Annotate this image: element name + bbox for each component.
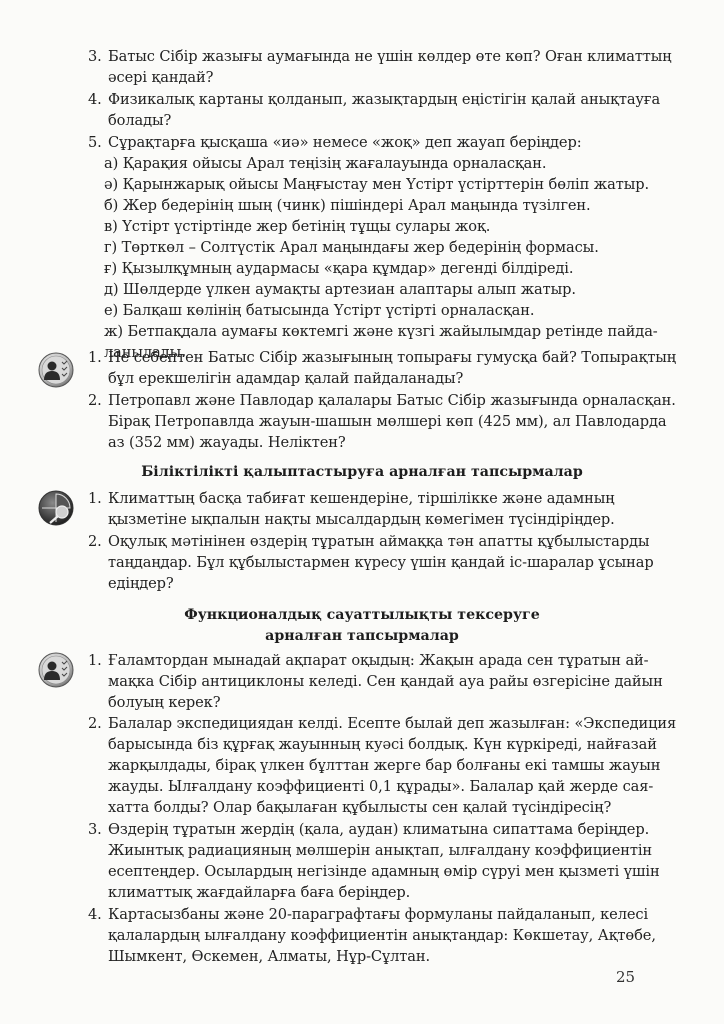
sub-item-b: б) Жер бедерінің шың (чинк) пішіндері Ар… bbox=[104, 196, 591, 216]
functional-question-4-line-3: Шымкент, Өскемен, Алматы, Нұр-Сұлтан. bbox=[108, 947, 430, 967]
sub-item-v: в) Үстірт үстіртінде жер бетінің тұщы су… bbox=[104, 217, 490, 237]
question-number: 4. bbox=[88, 90, 108, 110]
functional-question-4-line-2: қалалардың ылғалдану коэффициентін анықт… bbox=[108, 926, 656, 946]
question-number: 1. bbox=[88, 489, 108, 509]
skills-question-1-line-1: 1.Климаттың басқа табиғат кешендеріне, т… bbox=[88, 489, 615, 509]
sub-item-g: г) Төрткөл – Солтүстік Арал маңындағы же… bbox=[104, 238, 599, 258]
question-number: 1. bbox=[88, 651, 108, 671]
sub-item-zh: ж) Бетпақдала аумағы көктемгі және күзгі… bbox=[104, 322, 658, 342]
textbook-page: 3.Батыс Сібір жазығы аумағында не үшін к… bbox=[0, 0, 724, 1024]
functional-question-2-line-1: 2.Балалар экспедициядан келді. Есепте бы… bbox=[88, 714, 676, 734]
analysis-question-2-line-2: Бірақ Петропавлда жауын-шашын мөлшері кө… bbox=[108, 412, 666, 432]
functional-question-3-line-1: 3.Өздерің тұратын жердің (қала, аудан) к… bbox=[88, 820, 649, 840]
question-4-line-1: 4.Физикалық картаны қолданып, жазықтарды… bbox=[88, 90, 660, 110]
question-number: 3. bbox=[88, 47, 108, 67]
sub-item-gh: ғ) Қызылқұмның аудармасы «қара құмдар» д… bbox=[104, 259, 573, 279]
question-text: Оқулық мәтінінен өздерің тұратын аймаққа… bbox=[108, 533, 649, 550]
analysis-question-2-line-3: аз (352 мм) жауады. Неліктен? bbox=[108, 433, 346, 453]
pie-chart-magnifier-icon bbox=[38, 490, 74, 526]
question-text: Өздерің тұратын жердің (қала, аудан) кли… bbox=[108, 821, 649, 838]
sub-item-d: д) Шөлдерде үлкен аумақты артезиан алапт… bbox=[104, 280, 576, 300]
question-number: 4. bbox=[88, 905, 108, 925]
functional-question-1-line-1: 1.Ғаламтордан мынадай ақпарат оқыдың: Жа… bbox=[88, 651, 649, 671]
section-heading-skills: Біліктілікті қалыптастыруға арналған тап… bbox=[0, 462, 724, 482]
functional-question-4-line-1: 4.Картасызбаны және 20-параграфтағы форм… bbox=[88, 905, 648, 925]
skills-question-2-line-2: таңдаңдар. Бұл құбылыстармен күресу үшін… bbox=[108, 553, 654, 573]
question-4-line-2: болады? bbox=[108, 111, 171, 131]
sub-item-e: е) Балқаш көлінің батысында Үстірт үстір… bbox=[104, 301, 534, 321]
skills-question-1-line-2: қызметіне ықпалын нақты мысалдардың көме… bbox=[108, 510, 615, 530]
sub-item-ae: ә) Қарынжарық ойысы Маңғыстау мен Үстірт… bbox=[104, 175, 649, 195]
sub-item-a: а) Қарақия ойысы Арал теңізің жағалауынд… bbox=[104, 154, 546, 174]
analysis-question-2-line-1: 2.Петропавл және Павлодар қалалары Батыс… bbox=[88, 391, 676, 411]
question-text: Петропавл және Павлодар қалалары Батыс С… bbox=[108, 392, 676, 409]
analysis-question-1-line-2: бұл ерекшелігін адамдар қалай пайдаланад… bbox=[108, 369, 463, 389]
section-heading-functional-line-2: арналған тапсырмалар bbox=[0, 626, 724, 646]
question-5-line-1: 5.Сұрақтарға қысқаша «иә» немесе «жоқ» д… bbox=[88, 133, 582, 153]
functional-question-3-line-4: климаттық жағдайларға баға беріңдер. bbox=[108, 883, 410, 903]
question-number: 3. bbox=[88, 820, 108, 840]
functional-question-1-line-3: болуың керек? bbox=[108, 693, 220, 713]
functional-question-3-line-2: Жиынтық радиацияның мөлшерін анықтап, ыл… bbox=[108, 841, 652, 861]
functional-question-2-line-3: жарқылдады, бірақ үлкен бұлттан жерге ба… bbox=[108, 756, 660, 776]
question-number: 2. bbox=[88, 532, 108, 552]
question-text: Картасызбаны және 20-параграфтағы формул… bbox=[108, 906, 648, 923]
question-3-line-2: әсері қандай? bbox=[108, 68, 213, 88]
question-text: Физикалық картаны қолданып, жазықтардың … bbox=[108, 91, 660, 108]
question-number: 2. bbox=[88, 391, 108, 411]
skills-question-2-line-1: 2.Оқулық мәтінінен өздерің тұратын аймақ… bbox=[88, 532, 649, 552]
question-text: Ғаламтордан мынадай ақпарат оқыдың: Жақы… bbox=[108, 652, 649, 669]
question-number: 2. bbox=[88, 714, 108, 734]
question-text: Батыс Сібір жазығы аумағында не үшін көл… bbox=[108, 48, 672, 65]
question-number: 5. bbox=[88, 133, 108, 153]
page-number: 25 bbox=[616, 968, 635, 986]
functional-question-2-line-5: хатта болды? Олар бақылаған құбылысты се… bbox=[108, 798, 611, 818]
functional-question-1-line-2: мақка Сібір антициклоны келеді. Сен қанд… bbox=[108, 672, 663, 692]
functional-question-3-line-3: есептеңдер. Осылардың негізінде адамның … bbox=[108, 862, 660, 882]
analysis-question-1-line-1: 1.Не себептен Батыс Сібір жазығының топы… bbox=[88, 348, 676, 368]
question-number: 1. bbox=[88, 348, 108, 368]
question-text: Не себептен Батыс Сібір жазығының топыра… bbox=[108, 349, 676, 366]
functional-question-2-line-2: барысында біз құрғақ жауынның куәсі болд… bbox=[108, 735, 657, 755]
functional-question-2-line-4: жауды. Ылғалдану коэффициенті 0,1 құрады… bbox=[108, 777, 653, 797]
question-text: Климаттың басқа табиғат кешендеріне, тір… bbox=[108, 490, 615, 507]
person-checklist-icon bbox=[38, 652, 74, 688]
question-text: Сұрақтарға қысқаша «иә» немесе «жоқ» деп… bbox=[108, 134, 582, 151]
question-3-line-1: 3.Батыс Сібір жазығы аумағында не үшін к… bbox=[88, 47, 672, 67]
section-heading-functional-line-1: Функционалдық сауаттылықты тексеруге bbox=[0, 605, 724, 625]
skills-question-2-line-3: едіңдер? bbox=[108, 574, 174, 594]
person-checklist-icon bbox=[38, 352, 74, 388]
question-text: Балалар экспедициядан келді. Есепте была… bbox=[108, 715, 676, 732]
